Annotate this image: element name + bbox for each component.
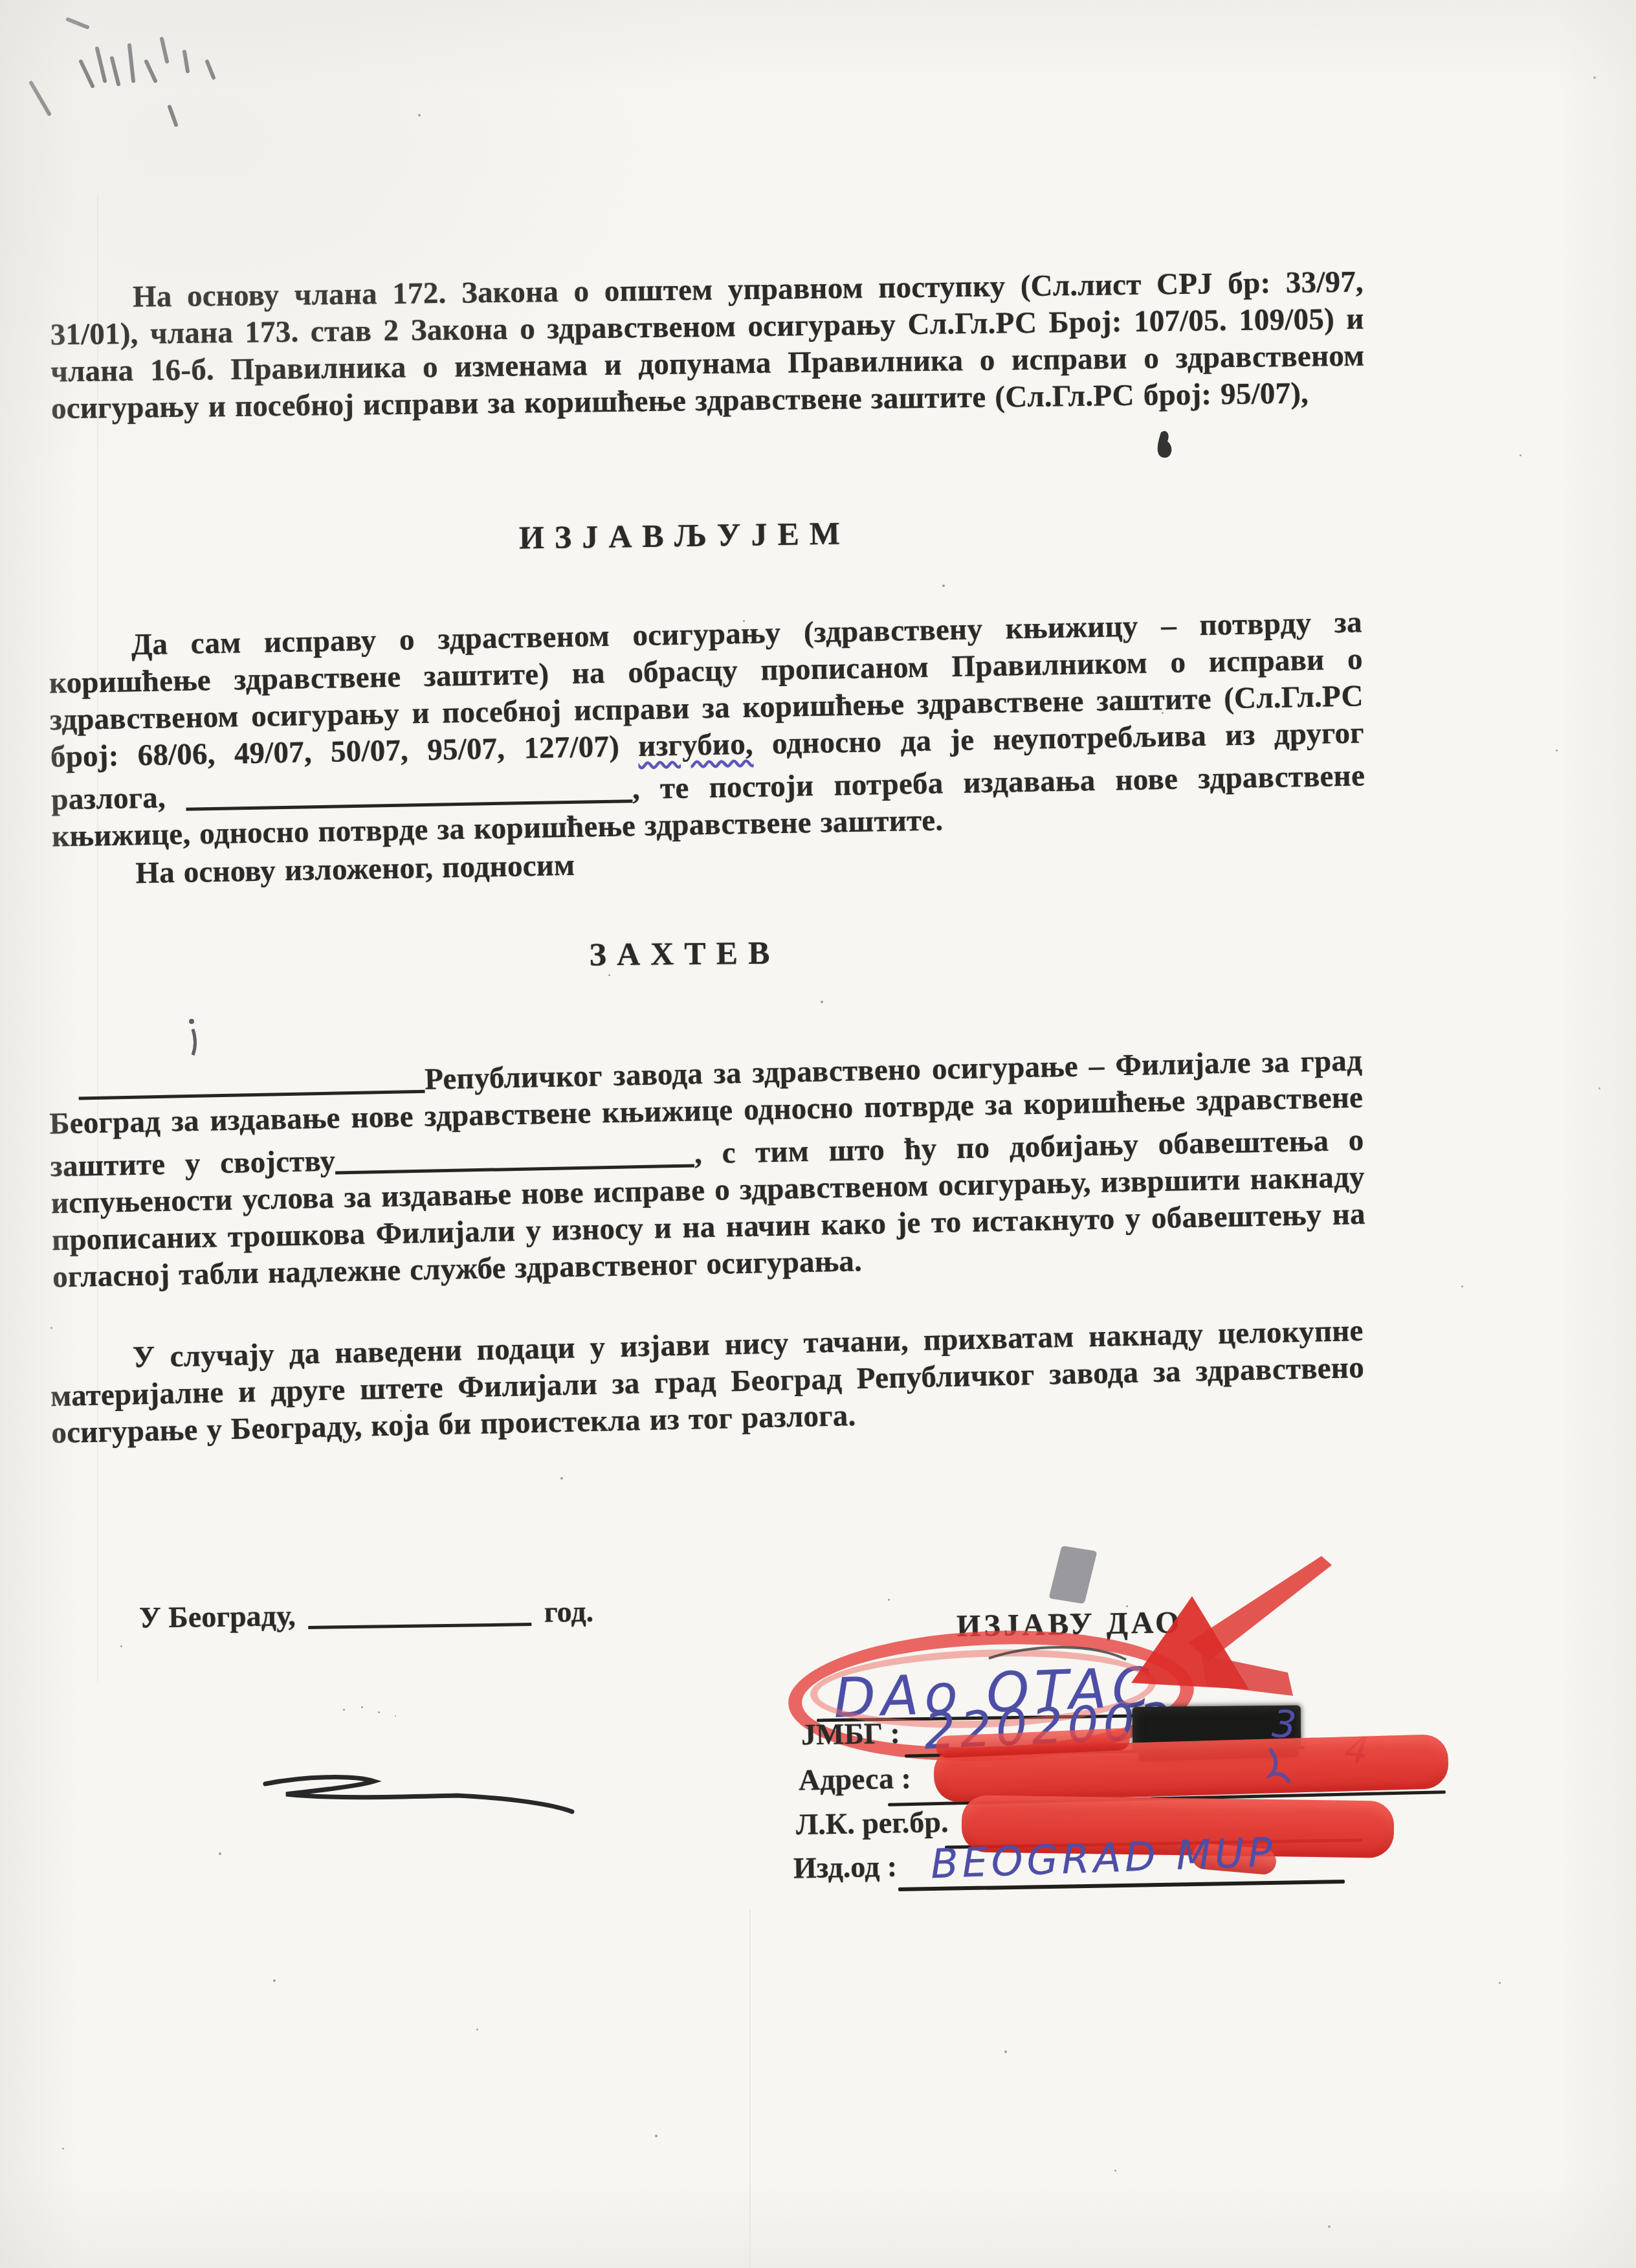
scan-speck xyxy=(418,114,421,117)
scan-speck xyxy=(50,1327,52,1329)
scan-speck xyxy=(361,1706,363,1708)
scan-speck xyxy=(1328,2225,1331,2228)
scan-speck xyxy=(942,584,945,587)
scan-speck xyxy=(97,725,99,727)
issued-by-label: Изд.од : xyxy=(793,1849,898,1885)
jmbg-label: ЈМБГ : xyxy=(801,1716,901,1752)
scan-speck xyxy=(560,1477,563,1480)
scan-speck xyxy=(1520,454,1521,456)
blank-line-reason xyxy=(185,769,632,811)
scan-speck xyxy=(219,1852,221,1855)
red-arrow-double-stroke xyxy=(1201,1654,1293,1696)
scan-speck xyxy=(395,1715,396,1717)
intro-paragraph: На основу члана 172. Закона о општем упр… xyxy=(50,264,1365,428)
scan-speck xyxy=(1593,76,1596,79)
scan-speck xyxy=(400,1410,402,1412)
scan-speck xyxy=(1114,2170,1116,2172)
scan-speck xyxy=(378,1711,380,1713)
top-left-pen-noise xyxy=(31,19,214,125)
liability-text: У случају да наведени подаци у изјави ни… xyxy=(49,1313,1365,1452)
ink-blob xyxy=(1158,431,1172,458)
scan-speck xyxy=(1556,750,1558,751)
id-card-label: Л.К. рег.бр. xyxy=(796,1805,949,1841)
scan-speck xyxy=(343,1709,345,1711)
place-label: У Београду, xyxy=(139,1599,296,1634)
pen-mark-small xyxy=(193,1029,195,1055)
scan-speck xyxy=(608,974,610,976)
request-title: ЗАХТЕВ xyxy=(50,928,1320,979)
scan-speck xyxy=(120,1645,122,1647)
scan-speck xyxy=(1004,2051,1007,2053)
scan-speck xyxy=(62,2148,64,2150)
scan-speck xyxy=(273,1979,276,1982)
liability-paragraph: У случају да наведени подаци у изјави ни… xyxy=(49,1313,1365,1452)
scan-speck xyxy=(1598,1087,1600,1089)
request-paragraph: Републичког завода за здравствено осигур… xyxy=(49,1037,1367,1296)
year-label: год. xyxy=(544,1595,593,1629)
blank-line-addressee xyxy=(78,1060,425,1100)
scan-speck xyxy=(743,620,745,622)
blank-line-capacity xyxy=(335,1133,695,1174)
declaration-title: ИЗЈАВЉУЈЕМ xyxy=(50,507,1320,562)
scan-speck xyxy=(888,1599,890,1601)
scan-speck xyxy=(1499,1982,1501,1984)
scan-speck xyxy=(1126,1605,1128,1607)
gray-smudge xyxy=(1048,1546,1097,1604)
intro-text: На основу члана 172. Закона о општем упр… xyxy=(50,264,1365,428)
blank-line-date xyxy=(308,1593,532,1629)
scan-speck xyxy=(821,1001,823,1003)
declaration-paragraph: Да сам исправу о здраственом осигурању (… xyxy=(48,604,1366,893)
place-date-row: У Београду, год. xyxy=(139,1587,658,1634)
scanned-document-page: На основу члана 172. Закона о општем упр… xyxy=(0,0,1636,2268)
paper-fold-line xyxy=(749,1909,751,2268)
scan-speck xyxy=(476,2029,478,2030)
scan-speck xyxy=(192,1270,193,1272)
underlined-word-lost: изгубио, xyxy=(638,728,754,763)
scan-speck xyxy=(655,2135,658,2137)
pen-mark-dot xyxy=(189,1019,194,1024)
red-arrow-shaft xyxy=(1188,1556,1332,1661)
pen-scribble xyxy=(265,1777,572,1812)
address-label: Адреса : xyxy=(799,1761,912,1797)
scan-speck xyxy=(1461,1285,1463,1287)
scan-speck xyxy=(1162,712,1164,714)
